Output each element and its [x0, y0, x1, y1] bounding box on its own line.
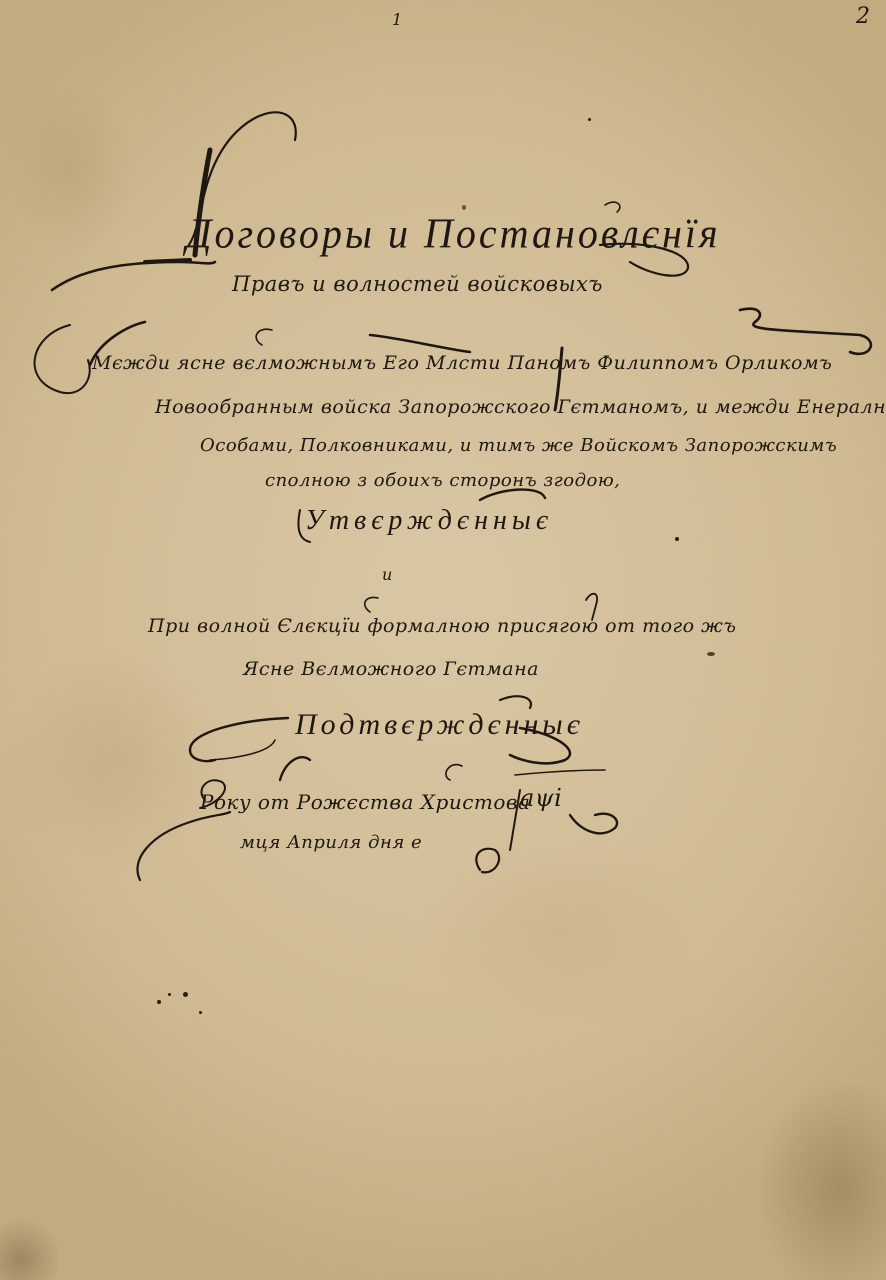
calligraphic-flourishes [0, 0, 886, 1280]
year-numeral: аψі [520, 784, 562, 812]
title-subtitle: Правъ и волностей войсковыхъ [232, 272, 603, 296]
folio-number-top: 1 [392, 10, 403, 29]
ratified-heading: Подтвєрждєнныє [295, 708, 584, 742]
oath-line-2: Ясне Вєлможного Гєтмана [243, 658, 539, 680]
body-line-3: Особами, Полковниками, и тимъ же Войском… [200, 435, 837, 456]
body-line-4: сполною з обоихъ сторонъ згодою, [265, 470, 620, 491]
manuscript-page: 1 2 Договоры и Постановлєнїя Правъ и вол… [0, 0, 886, 1280]
body-line-1: Мєжди ясне вєлможнымъ Его Млсти Паномъ Ф… [92, 352, 832, 374]
title-main: Договоры и Постановлєнїя [186, 209, 721, 258]
conjunction: и [382, 565, 393, 584]
folio-number-right: 2 [856, 4, 871, 29]
date-line-1: Року от Рожєства Христова [200, 790, 530, 814]
date-line-2: мця Априля дня е [240, 832, 422, 853]
body-line-2: Новообранным войска Запорожского Гєтмано… [155, 396, 886, 418]
confirmed-heading: Утвєрждєнныє [305, 505, 553, 537]
oath-line-1: При волной Єлєкцїи формалною присягою от… [148, 615, 736, 637]
